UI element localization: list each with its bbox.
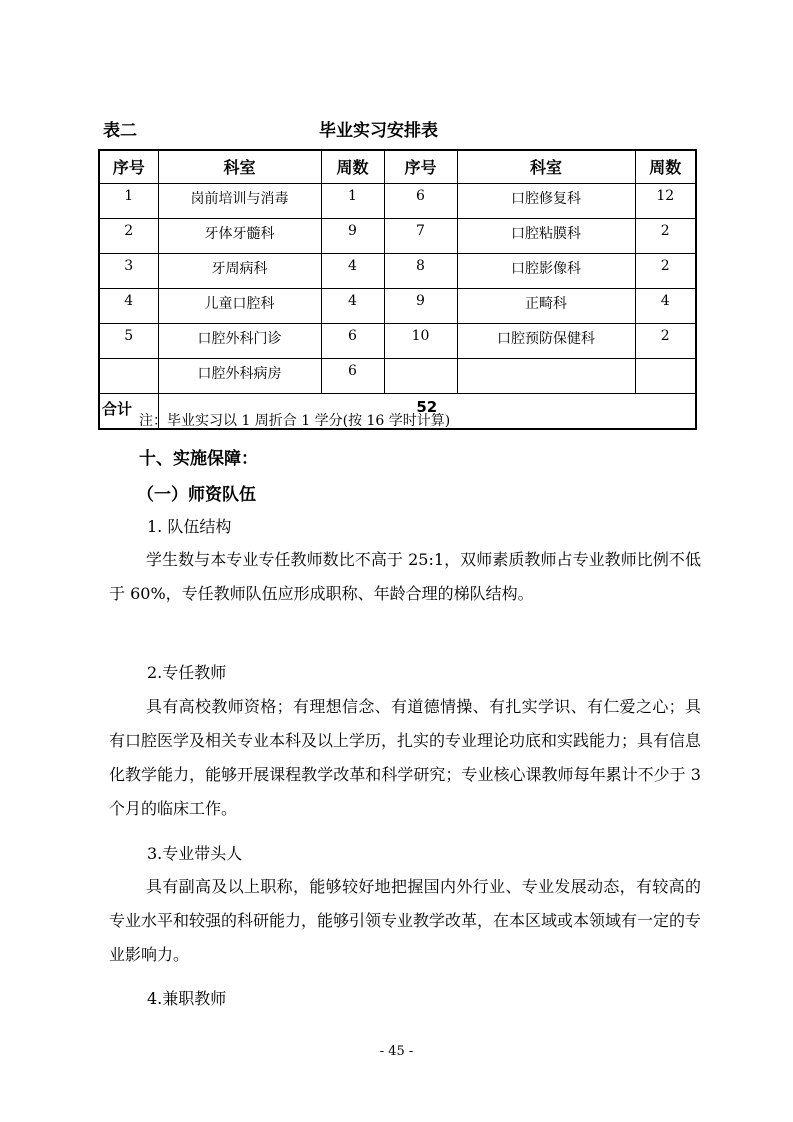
table-cell: 正畸科 (457, 289, 635, 324)
table-cell (384, 359, 457, 394)
item-title-parttime-teachers: 4.兼职教师 (147, 986, 226, 1009)
table-cell: 口腔修复科 (457, 184, 635, 219)
item-title-team-structure: 1. 队伍结构 (147, 514, 231, 537)
table-cell: 9 (384, 289, 457, 324)
table-cell: 12 (635, 184, 696, 219)
header-cell: 序号 (99, 150, 158, 184)
table-cell: 4 (635, 289, 696, 324)
table-cell: 2 (635, 324, 696, 359)
table-cell: 儿童口腔科 (158, 289, 321, 324)
table-cell (635, 359, 696, 394)
item-title-fulltime-teachers: 2.专任教师 (147, 660, 226, 683)
table-cell: 4 (321, 254, 384, 289)
table-row: 5 口腔外科门诊 6 10 口腔预防保健科 2 (99, 324, 696, 359)
table-row: 3 牙周病科 4 8 口腔影像科 2 (99, 254, 696, 289)
table-label: 表二 (103, 116, 137, 141)
table-cell: 9 (321, 219, 384, 254)
table-cell: 1 (321, 184, 384, 219)
item-body-team-structure: 学生数与本专业专任教师数比不高于 25:1，双师素质教师占专业教师比例不低于 6… (109, 543, 701, 611)
table-cell: 牙周病科 (158, 254, 321, 289)
internship-schedule-table: 序号 科室 周数 序号 科室 周数 1 岗前培训与消毒 1 6 口腔修复科 12… (98, 149, 697, 430)
table-cell: 4 (321, 289, 384, 324)
table-cell: 6 (321, 324, 384, 359)
table-cell: 6 (384, 184, 457, 219)
table-cell: 2 (635, 254, 696, 289)
header-cell: 科室 (457, 150, 635, 184)
table-cell: 4 (99, 289, 158, 324)
item-body-discipline-leader: 具有副高及以上职称，能够较好地把握国内外行业、专业发展动态，有较高的专业水平和较… (109, 870, 701, 972)
table-cell: 口腔外科病房 (158, 359, 321, 394)
table-cell: 牙体牙髓科 (158, 219, 321, 254)
table-cell: 6 (321, 359, 384, 394)
table-cell (457, 359, 635, 394)
header-cell: 周数 (321, 150, 384, 184)
table-cell: 岗前培训与消毒 (158, 184, 321, 219)
table-cell (99, 359, 158, 394)
header-cell: 科室 (158, 150, 321, 184)
table-row: 口腔外科病房 6 (99, 359, 696, 394)
table-row: 2 牙体牙髓科 9 7 口腔粘膜科 2 (99, 219, 696, 254)
table-cell: 8 (384, 254, 457, 289)
subsection-heading: （一）师资队伍 (137, 480, 256, 505)
table-cell: 7 (384, 219, 457, 254)
table-cell: 口腔粘膜科 (457, 219, 635, 254)
page-number: - 45 - (0, 1044, 793, 1059)
header-cell: 周数 (635, 150, 696, 184)
table-cell: 口腔影像科 (457, 254, 635, 289)
table-row: 1 岗前培训与消毒 1 6 口腔修复科 12 (99, 184, 696, 219)
table-note: 注：毕业实习以 1 周折合 1 学分(按 16 学时计算) (139, 410, 450, 430)
table-cell: 5 (99, 324, 158, 359)
section-heading: 十、实施保障： (139, 444, 258, 469)
table-cell: 2 (635, 219, 696, 254)
table-cell: 3 (99, 254, 158, 289)
table-cell: 口腔预防保健科 (457, 324, 635, 359)
table-cell: 1 (99, 184, 158, 219)
table-cell: 2 (99, 219, 158, 254)
table-header-row: 序号 科室 周数 序号 科室 周数 (99, 150, 696, 184)
table-cell: 10 (384, 324, 457, 359)
item-title-discipline-leader: 3.专业带头人 (147, 841, 242, 864)
table-row: 4 儿童口腔科 4 9 正畸科 4 (99, 289, 696, 324)
table-title: 毕业实习安排表 (319, 116, 438, 141)
table-cell: 口腔外科门诊 (158, 324, 321, 359)
item-body-fulltime-teachers: 具有高校教师资格；有理想信念、有道德情操、有扎实学识、有仁爱之心；具有口腔医学及… (109, 690, 701, 826)
header-cell: 序号 (384, 150, 457, 184)
